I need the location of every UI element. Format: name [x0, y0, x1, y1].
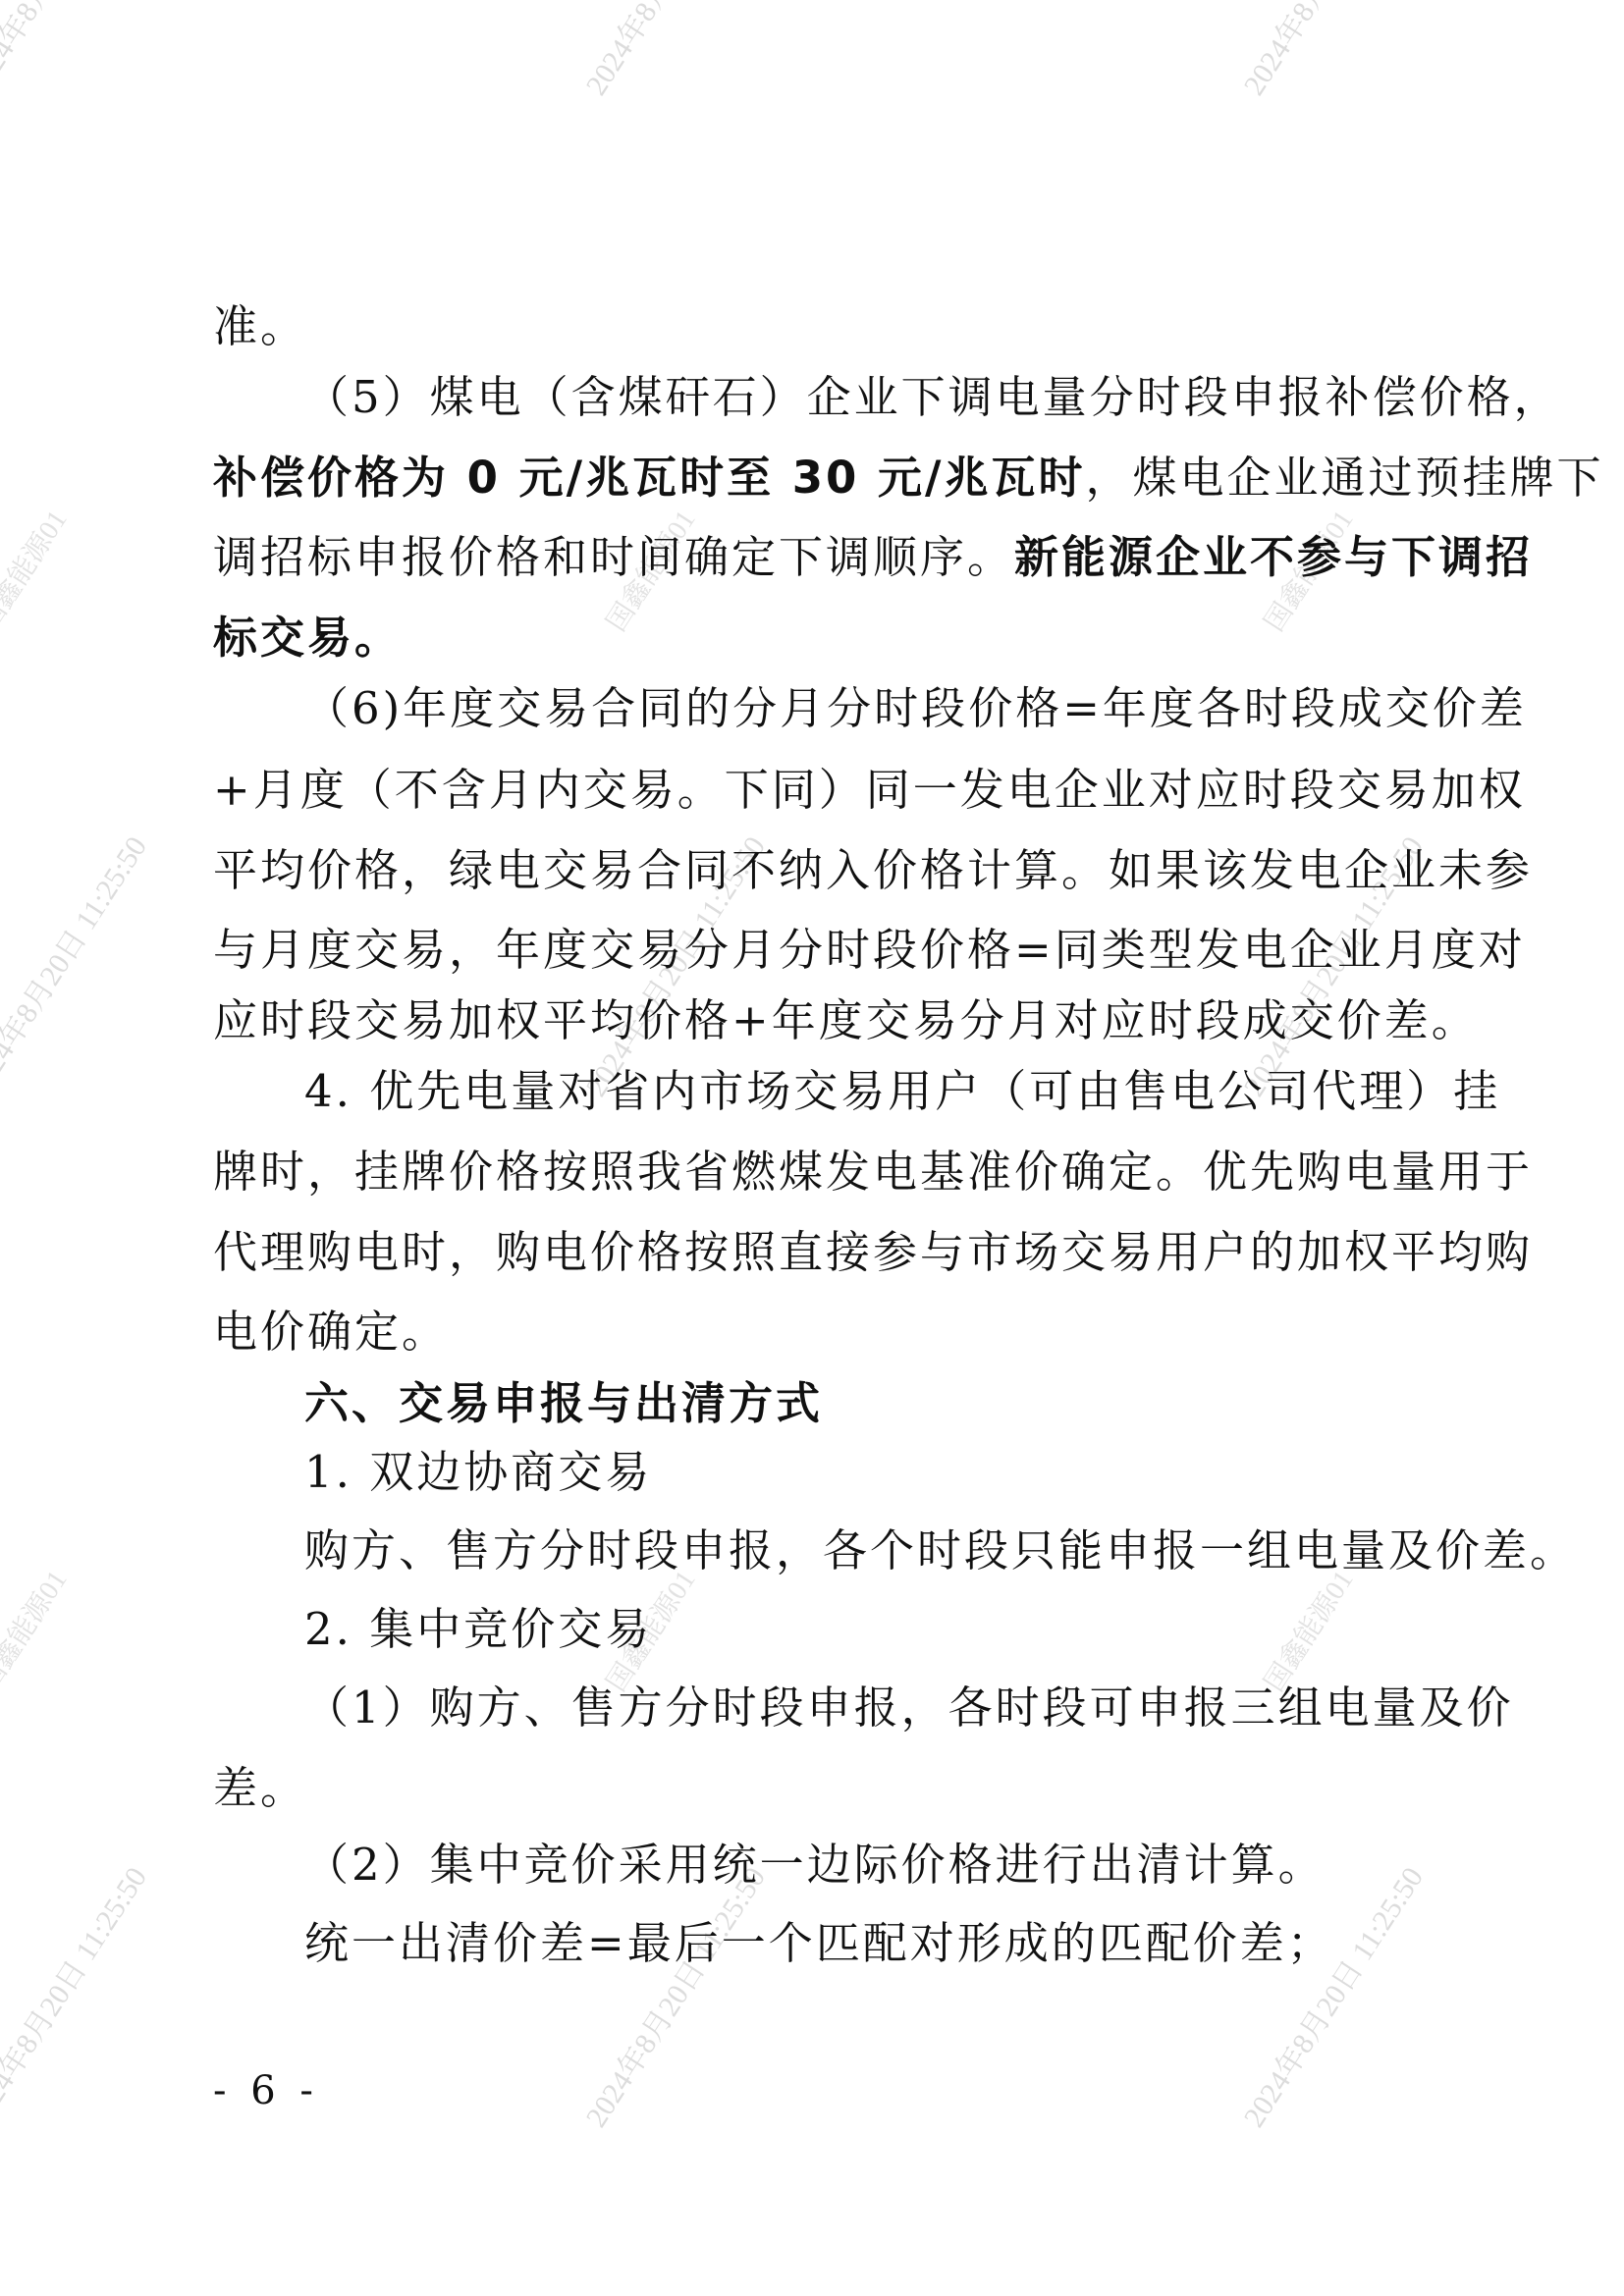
watermark-timestamp: 2024年8月20日 11:25:50: [1230, 1857, 1432, 2134]
text-line: 准。: [213, 299, 1431, 354]
text-line: （2）集中竞价采用统一边际价格进行出清计算。: [304, 1838, 1522, 1893]
subsection-heading: 2. 集中竞价交易: [304, 1602, 1522, 1657]
watermark-timestamp: 2024年8月20日 11:25:50: [1230, 0, 1432, 102]
text-line: 电价确定。: [213, 1305, 1431, 1360]
bold-text: 新能源企业不参与下调招: [1014, 531, 1533, 583]
text-line-content: 调招标申报价格和时间确定下调顺序。: [213, 531, 1014, 583]
text-line: 代理购电时，购电价格按照直接参与市场交易用户的加权平均购: [213, 1225, 1431, 1280]
text-line: 应时段交易加权平均价格+年度交易分月对应时段成交价差。: [213, 993, 1431, 1048]
text-line: 与月度交易，年度交易分月分时段价格=同类型发电企业月度对: [213, 923, 1431, 978]
text-line: 补偿价格为 0 元/兆瓦时至 30 元/兆瓦时，煤电企业通过预挂牌下: [213, 451, 1431, 506]
text-line-content: （5）煤电（含煤矸石）企业下调电量分时段申报补偿价格，: [304, 370, 1431, 425]
watermark-timestamp: 2024年8月20日 11:25:50: [572, 0, 774, 102]
text-line: （1）购方、售方分时段申报，各时段可申报三组电量及价: [304, 1681, 1522, 1735]
watermark-timestamp: 2024年8月20日 11:25:50: [572, 1857, 774, 2134]
text-line: 差。: [213, 1761, 1431, 1816]
text-line: +月度（不含月内交易。下同）同一发电企业对应时段交易加权: [213, 763, 1431, 818]
text-line-content: ，煤电企业通过预挂牌下: [1085, 452, 1603, 504]
section-heading: 六、交易申报与出清方式: [304, 1376, 1522, 1431]
text-line: 统一出清价差=最后一个匹配对形成的匹配价差；: [304, 1916, 1522, 1971]
text-line: 购方、售方分时段申报，各个时段只能申报一组电量及价差。: [304, 1523, 1522, 1578]
text-line: 4. 优先电量对省内市场交易用户（可由售电公司代理）挂: [304, 1064, 1522, 1119]
watermark-company: 国鑫能源01: [0, 1562, 75, 1698]
page-number: - 6 -: [213, 2066, 319, 2115]
subsection-heading: 1. 双边协商交易: [304, 1445, 1522, 1500]
watermark-timestamp: 2024年8月20日 11:25:50: [0, 1857, 155, 2134]
watermark-timestamp: 2024年8月20日 11:25:50: [0, 0, 155, 102]
bold-text: 标交易。: [213, 611, 1431, 666]
bold-text: 补偿价格为 0 元/兆瓦时至 30 元/兆瓦时: [213, 452, 1085, 504]
text-line: （6)年度交易合同的分月分时段价格=年度各时段成交价差: [304, 681, 1522, 736]
watermark-timestamp: 2024年8月20日 11:25:50: [0, 827, 155, 1103]
text-line: 平均价格，绿电交易合同不纳入价格计算。如果该发电企业未参: [213, 843, 1431, 898]
text-line: 牌时，挂牌价格按照我省燃煤发电基准价确定。优先购电量用于: [213, 1145, 1431, 1200]
watermark-company: 国鑫能源01: [0, 502, 75, 638]
text-line: （5）煤电（含煤矸石）企业下调电量分时段申报补偿价格，: [304, 370, 1431, 425]
text-line: 调招标申报价格和时间确定下调顺序。新能源企业不参与下调招: [213, 530, 1431, 585]
